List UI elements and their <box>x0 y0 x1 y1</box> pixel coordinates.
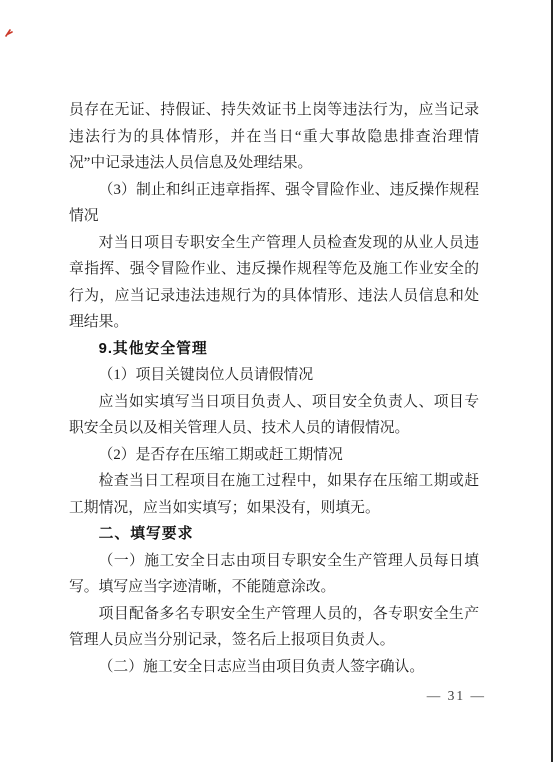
paragraph: （3）制止和纠正违章指挥、强令冒险作业、违反操作规程情况 <box>69 177 479 230</box>
section-heading: 二、填写要求 <box>69 521 479 548</box>
paragraph: （一）施工安全日志由项目专职安全生产管理人员每日填写。填写应当字迹清晰，不能随意… <box>69 548 479 601</box>
page-number: — 31 — <box>427 688 486 704</box>
paragraph: （1）项目关键岗位人员请假情况 <box>69 362 479 389</box>
document-page: 员存在无证、持假证、持失效证书上岗等违法行为，应当记录违法行为的具体情形，并在当… <box>0 0 554 783</box>
paragraph: 员存在无证、持假证、持失效证书上岗等违法行为，应当记录违法行为的具体情形，并在当… <box>69 97 479 177</box>
paragraph: 应当如实填写当日项目负责人、项目安全负责人、项目专职安全员以及相关管理人员、技术… <box>69 389 479 442</box>
page-edge-line <box>551 0 553 762</box>
document-body: 员存在无证、持假证、持失效证书上岗等违法行为，应当记录违法行为的具体情形，并在当… <box>69 97 479 680</box>
red-ink-mark <box>5 28 13 38</box>
paragraph: 项目配备多名专职安全生产管理人员的，各专职安全生产管理人员应当分别记录，签名后上… <box>69 601 479 654</box>
paragraph: （2）是否存在压缩工期或赶工期情况 <box>69 442 479 469</box>
paragraph: 对当日项目专职安全生产管理人员检查发现的从业人员违章指挥、强令冒险作业、违反操作… <box>69 230 479 336</box>
section-heading: 9.其他安全管理 <box>69 336 479 363</box>
paragraph: 检查当日工程项目在施工过程中，如果存在压缩工期或赶工期情况，应当如实填写；如果没… <box>69 468 479 521</box>
paragraph: （二）施工安全日志应当由项目负责人签字确认。 <box>69 654 479 681</box>
